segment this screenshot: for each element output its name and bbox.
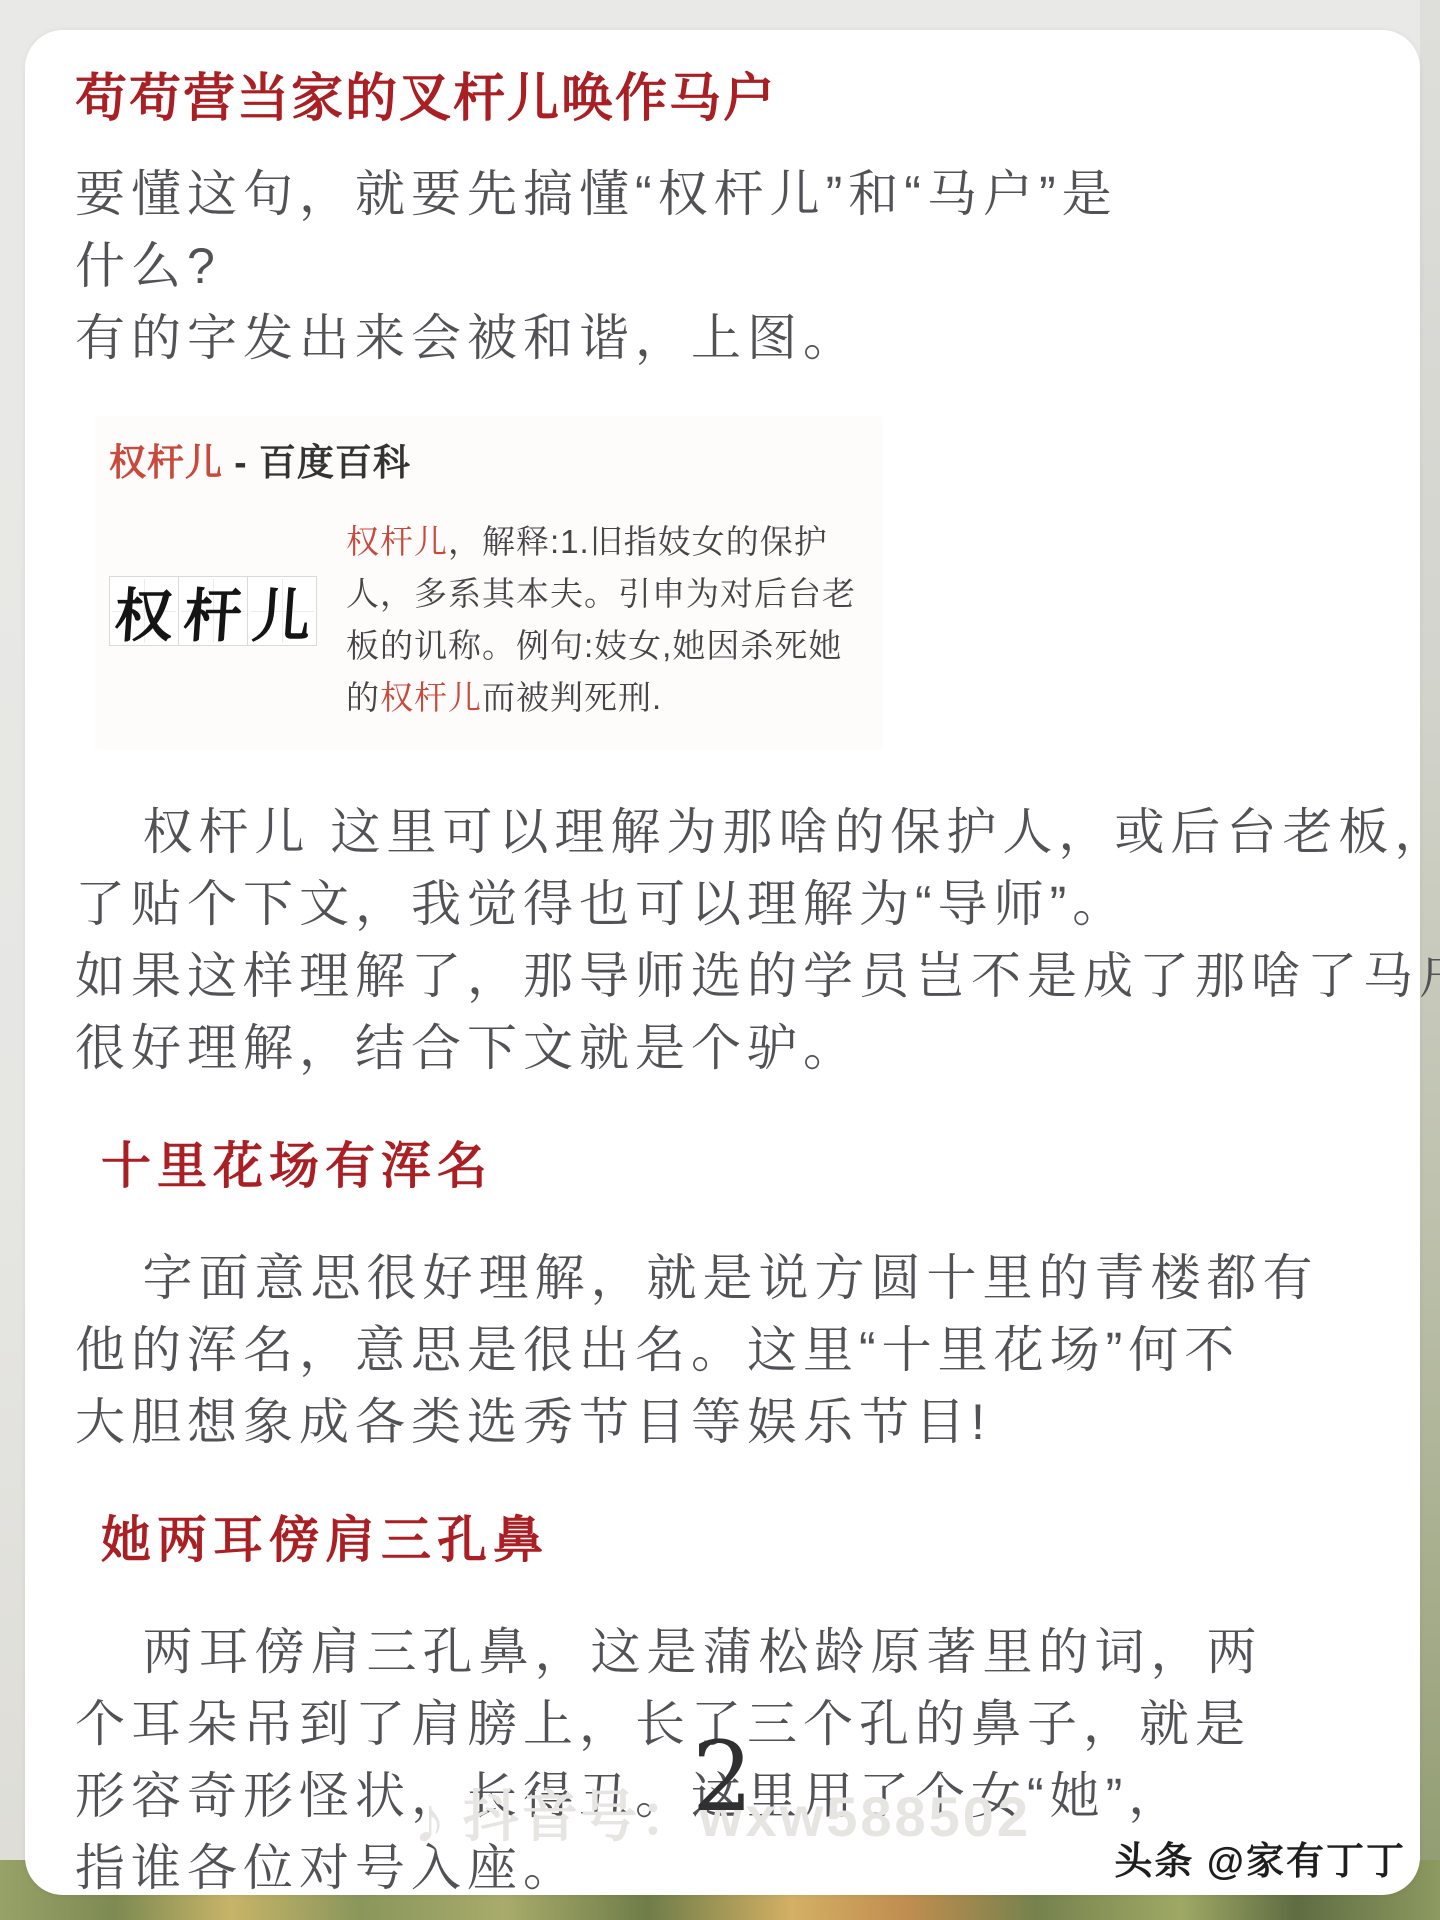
calligraphy-char: 杆 (178, 576, 248, 646)
article-card: 苟苟营当家的叉杆儿唤作马户 要懂这句，就要先搞懂“权杆儿”和“马户”是什么?有的… (25, 30, 1420, 1895)
text-line: 他的浑名，意思是很出名。这里“十里花场”何不 (75, 1314, 1365, 1386)
footer: ♪抖音号：wxw588502 2 头条 @家有丁丁 (25, 1735, 1420, 1895)
baike-body: 权杆儿 权杆儿，解释:1.旧指妓女的保护人，多系其本夫。引申为对后台老板的讥称。… (109, 516, 879, 724)
text-line: 要懂这句，就要先搞懂“权杆儿”和“马户”是 (75, 158, 1365, 230)
text-line: 大胆想象成各类选秀节目等娱乐节目! (75, 1386, 1365, 1458)
byline: 头条 @家有丁丁 (1114, 1830, 1406, 1885)
calligraphy-char: 权 (109, 576, 179, 646)
text-line: 的权杆儿而被判死刑. (346, 672, 856, 724)
baike-embed: 权杆儿 - 百度百科 权杆儿 权杆儿，解释:1.旧指妓女的保护人，多系其本夫。引… (95, 416, 883, 750)
page-number: 2 (692, 1721, 753, 1833)
calligraphy-image: 权杆儿 (109, 576, 316, 646)
calligraphy-char: 儿 (247, 576, 317, 646)
text-line: 有的字发出来会被和谐，上图。 (75, 302, 1365, 374)
article-content: 苟苟营当家的叉杆儿唤作马户 要懂这句，就要先搞懂“权杆儿”和“马户”是什么?有的… (75, 30, 1365, 1904)
baike-description: 权杆儿，解释:1.旧指妓女的保护人，多系其本夫。引申为对后台老板的讥称。例句:妓… (346, 516, 856, 724)
text-line: 很好理解，结合下文就是个驴。 (75, 1012, 1365, 1084)
section-heading-1: 十里花场有浑名 (101, 1136, 1365, 1196)
intro-paragraph: 要懂这句，就要先搞懂“权杆儿”和“马户”是什么?有的字发出来会被和谐，上图。 (75, 158, 1365, 374)
text-line: 字面意思很好理解，就是说方圆十里的青楼都有 (75, 1242, 1365, 1314)
text-line: 权杆儿，解释:1.旧指妓女的保护 (346, 516, 856, 568)
text-line: 板的讥称。例句:妓女,她因杀死她 (346, 620, 856, 672)
text-line: 了贴个下文，我觉得也可以理解为“导师”。 (75, 868, 1365, 940)
douyin-note-icon: ♪ (414, 1784, 449, 1856)
paragraph-2: 字面意思很好理解，就是说方圆十里的青楼都有他的浑名，意思是很出名。这里“十里花场… (75, 1242, 1365, 1458)
text-line: 如果这样理解了，那导师选的学员岂不是成了那啥了马户 (75, 940, 1365, 1012)
article-title: 苟苟营当家的叉杆儿唤作马户 (75, 68, 1365, 130)
baike-term: 权杆儿 (109, 442, 223, 483)
text-line: 什么? (75, 230, 1365, 302)
baike-title-suffix: - 百度百科 (223, 442, 411, 483)
text-line: 两耳傍肩三孔鼻，这是蒲松龄原著里的词，两 (75, 1616, 1365, 1688)
paragraph-1: 权杆儿 这里可以理解为那啥的保护人，或后台老板，为了贴个下文，我觉得也可以理解为… (75, 796, 1365, 1084)
text-line: 权杆儿 这里可以理解为那啥的保护人，或后台老板，为 (75, 796, 1365, 868)
text-line: 人，多系其本夫。引申为对后台老 (346, 568, 856, 620)
section-heading-2: 她两耳傍肩三孔鼻 (101, 1510, 1365, 1570)
baike-title: 权杆儿 - 百度百科 (109, 432, 879, 486)
